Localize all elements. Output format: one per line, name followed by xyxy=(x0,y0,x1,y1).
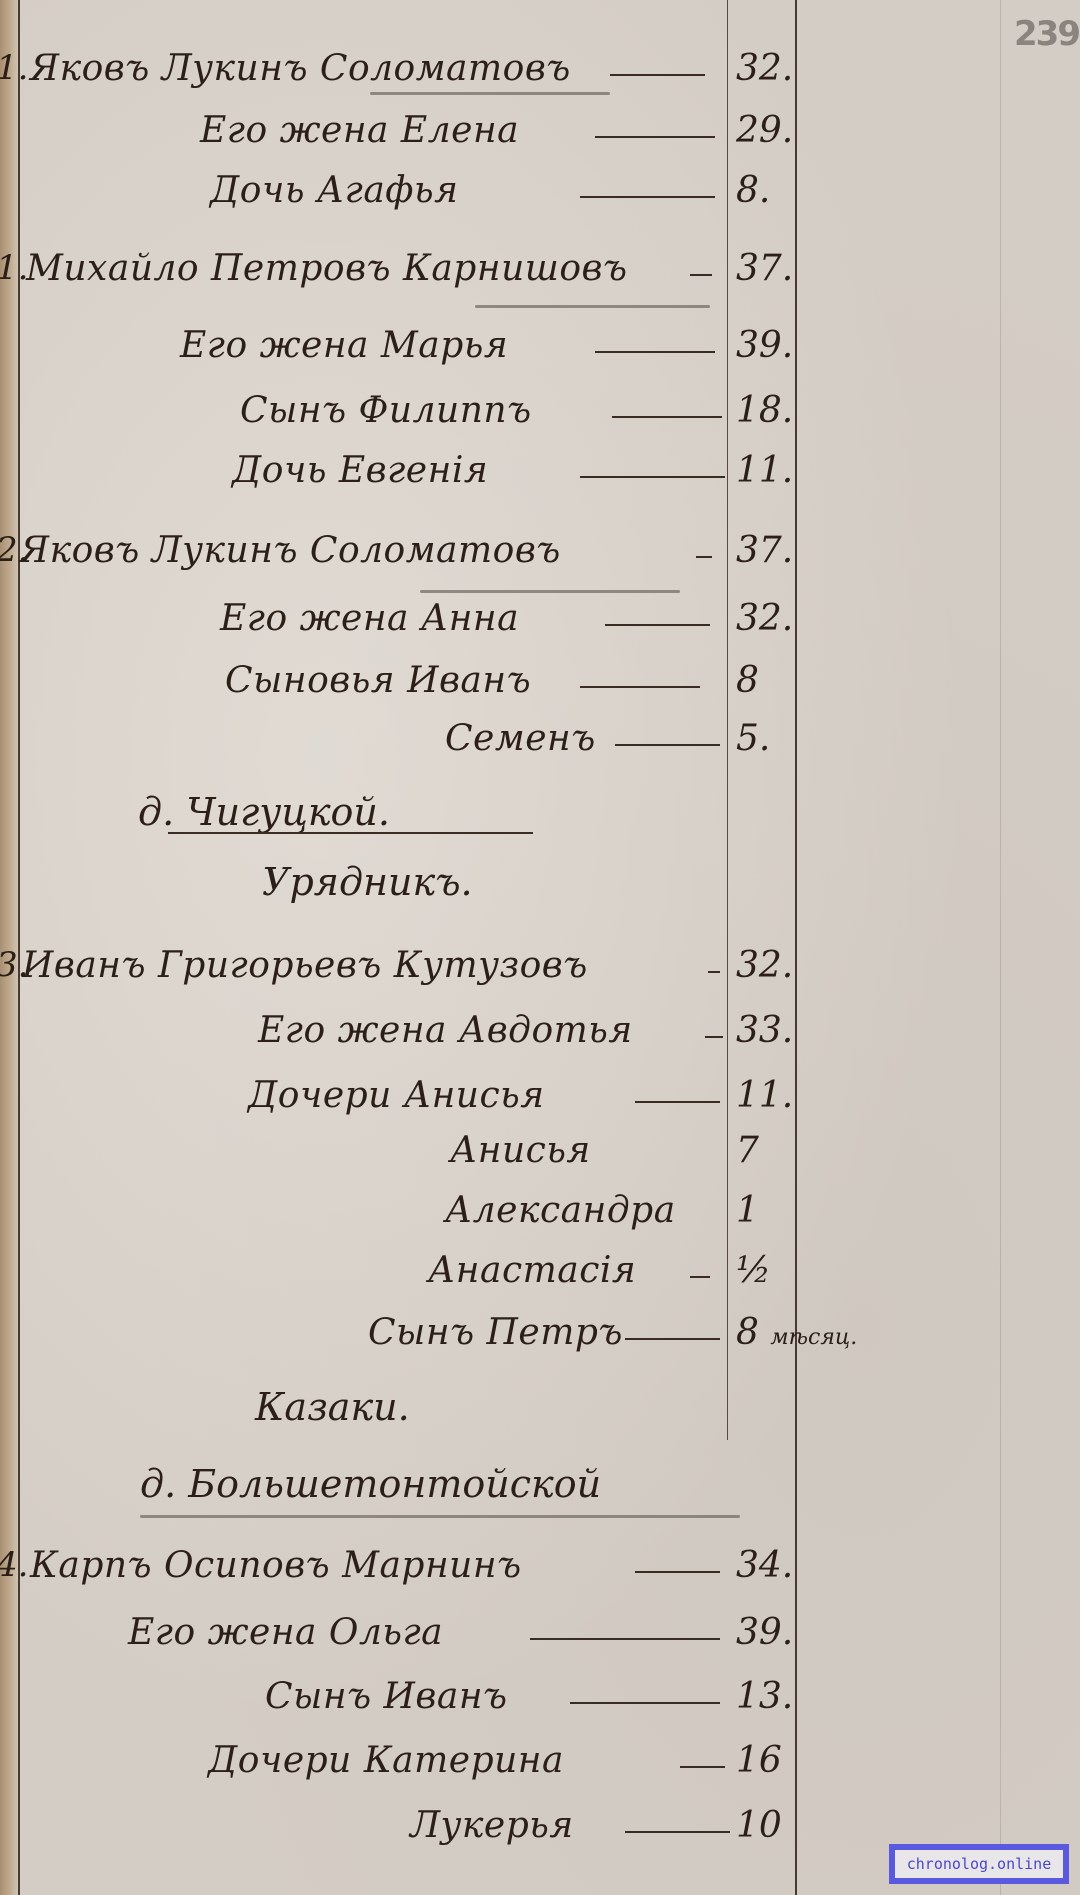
dash-line xyxy=(580,686,700,688)
household-number: 1. xyxy=(0,248,28,288)
household-number: 1. xyxy=(0,48,28,88)
person-age: 39. xyxy=(736,325,793,366)
person-name: Дочери Катерина xyxy=(208,1740,564,1781)
register-row: Сынъ Филиппъ 18. xyxy=(0,390,800,450)
person-name: Дочь Евгенія xyxy=(232,450,488,491)
person-age: 13. xyxy=(736,1676,793,1717)
register-row: Семенъ 5. xyxy=(0,718,800,778)
dash-line xyxy=(580,476,725,478)
person-name: Сынъ Иванъ xyxy=(265,1676,508,1717)
dash-line xyxy=(705,1036,723,1038)
register-row: 3. Иванъ Григорьевъ Кутузовъ 32. xyxy=(0,945,800,1005)
dash-line xyxy=(690,1276,710,1278)
person-age: 39. xyxy=(736,1612,793,1653)
dash-line xyxy=(635,1101,720,1103)
register-row: 1. Михайло Петровъ Карнишовъ 37. xyxy=(0,248,800,308)
heading-underline xyxy=(168,832,533,834)
dash-line xyxy=(696,556,712,558)
dash-line xyxy=(595,351,715,353)
person-name: Лукерья xyxy=(410,1805,574,1846)
register-row: Дочь Агафья 8. xyxy=(0,170,800,230)
person-name: Дочь Агафья xyxy=(210,170,458,211)
register-row: Александра 1 xyxy=(0,1190,800,1250)
person-name: Его жена Елена xyxy=(200,110,519,151)
dash-line xyxy=(625,1338,720,1340)
pencil-underline xyxy=(370,92,610,95)
person-name: Анастасія xyxy=(428,1250,636,1291)
dash-line xyxy=(570,1702,720,1704)
age-unit-note: мѣсяц. xyxy=(770,1325,857,1350)
village-heading: д. Чигуцкой. xyxy=(138,790,390,834)
register-row: Лукерья 10 xyxy=(0,1805,800,1865)
pencil-underline xyxy=(420,590,680,593)
group-heading: Казаки. xyxy=(255,1385,410,1429)
person-age: 32. xyxy=(736,48,793,89)
dash-line xyxy=(612,416,722,418)
person-age: 1 xyxy=(736,1190,759,1231)
person-name: Его жена Авдотья xyxy=(258,1010,633,1051)
register-row: Сыновья Иванъ 8 xyxy=(0,660,800,720)
faint-right-rule xyxy=(1000,0,1001,1895)
dash-line xyxy=(625,1831,730,1833)
dash-line xyxy=(610,74,705,76)
person-age: 5. xyxy=(736,718,770,759)
person-name: Сынъ Петръ xyxy=(368,1312,623,1353)
register-row: Анастасія ½ xyxy=(0,1250,800,1310)
person-age: 11. xyxy=(736,450,793,491)
person-age: 8 xyxy=(736,660,759,701)
person-name: Дочери Анисья xyxy=(248,1075,545,1116)
dash-line xyxy=(530,1638,720,1640)
person-name: Его жена Анна xyxy=(220,598,519,639)
person-age: 33. xyxy=(736,1010,793,1051)
register-row: Его жена Ольга 39. xyxy=(0,1612,800,1672)
dash-line xyxy=(615,744,720,746)
person-name: Семенъ xyxy=(445,718,596,759)
person-age: 10 xyxy=(736,1805,782,1846)
rank-heading: Урядникъ. xyxy=(262,860,473,904)
dash-line xyxy=(680,1766,725,1768)
register-row: 2. Яковъ Лукинъ Соломатовъ 37. xyxy=(0,530,800,590)
person-age: 18. xyxy=(736,390,793,431)
person-age: 11. xyxy=(736,1075,793,1116)
register-row: 1. Яковъ Лукинъ Соломатовъ 32. xyxy=(0,48,800,108)
register-row: Его жена Елена 29. xyxy=(0,110,800,170)
person-age: 37. xyxy=(736,530,793,571)
pencil-underline xyxy=(140,1515,740,1518)
dash-line xyxy=(708,971,720,973)
dash-line xyxy=(595,136,715,138)
dash-line xyxy=(605,624,710,626)
person-name: Александра xyxy=(445,1190,676,1231)
person-name: Михайло Петровъ Карнишовъ xyxy=(26,248,627,289)
household-number: 4. xyxy=(0,1545,28,1585)
register-row: Его жена Марья 39. xyxy=(0,325,800,385)
person-age: 32. xyxy=(736,598,793,639)
dash-line xyxy=(635,1571,720,1573)
person-age: 8 мѣсяц. xyxy=(736,1312,857,1353)
register-row: Сынъ Петръ 8 мѣсяц. xyxy=(0,1312,800,1372)
person-age: 16 xyxy=(736,1740,782,1781)
dash-line xyxy=(580,196,715,198)
register-row: Его жена Авдотья 33. xyxy=(0,1010,800,1070)
person-name: Анисья xyxy=(450,1130,591,1171)
person-age: 29. xyxy=(736,110,793,151)
person-age: 7 xyxy=(736,1130,759,1171)
page-number: 239 xyxy=(1014,14,1079,54)
person-name: Его жена Марья xyxy=(180,325,508,366)
register-row: Его жена Анна 32. xyxy=(0,598,800,658)
register-row: Дочери Катерина 16 xyxy=(0,1740,800,1800)
register-row: Сынъ Иванъ 13. xyxy=(0,1676,800,1736)
person-age: 37. xyxy=(736,248,793,289)
dash-line xyxy=(690,274,712,276)
person-name: Яковъ Лукинъ Соломатовъ xyxy=(30,48,571,89)
register-row: Дочь Евгенія 11. xyxy=(0,450,800,510)
village-heading: д. Большетонтойской xyxy=(140,1462,601,1506)
register-row: Анисья 7 xyxy=(0,1130,800,1190)
person-age: ½ xyxy=(736,1250,771,1291)
register-page: 239 1. Яковъ Лукинъ Соломатовъ 32. Его ж… xyxy=(0,0,1080,1895)
register-row: 4. Карпъ Осиповъ Марнинъ 34. xyxy=(0,1545,800,1605)
person-name: Сыновья Иванъ xyxy=(225,660,531,701)
person-name: Карпъ Осиповъ Марнинъ xyxy=(30,1545,522,1586)
person-name: Яковъ Лукинъ Соломатовъ xyxy=(20,530,561,571)
watermark-badge: chronolog.online xyxy=(889,1844,1069,1884)
person-name: Иванъ Григорьевъ Кутузовъ xyxy=(22,945,588,986)
person-age: 32. xyxy=(736,945,793,986)
person-name: Сынъ Филиппъ xyxy=(240,390,532,431)
person-age: 8. xyxy=(736,170,770,211)
watermark-text: chronolog.online xyxy=(895,1850,1063,1878)
pencil-underline xyxy=(475,305,710,308)
register-row: Дочери Анисья 11. xyxy=(0,1075,800,1135)
person-age: 34. xyxy=(736,1545,793,1586)
person-name: Его жена Ольга xyxy=(128,1612,443,1653)
